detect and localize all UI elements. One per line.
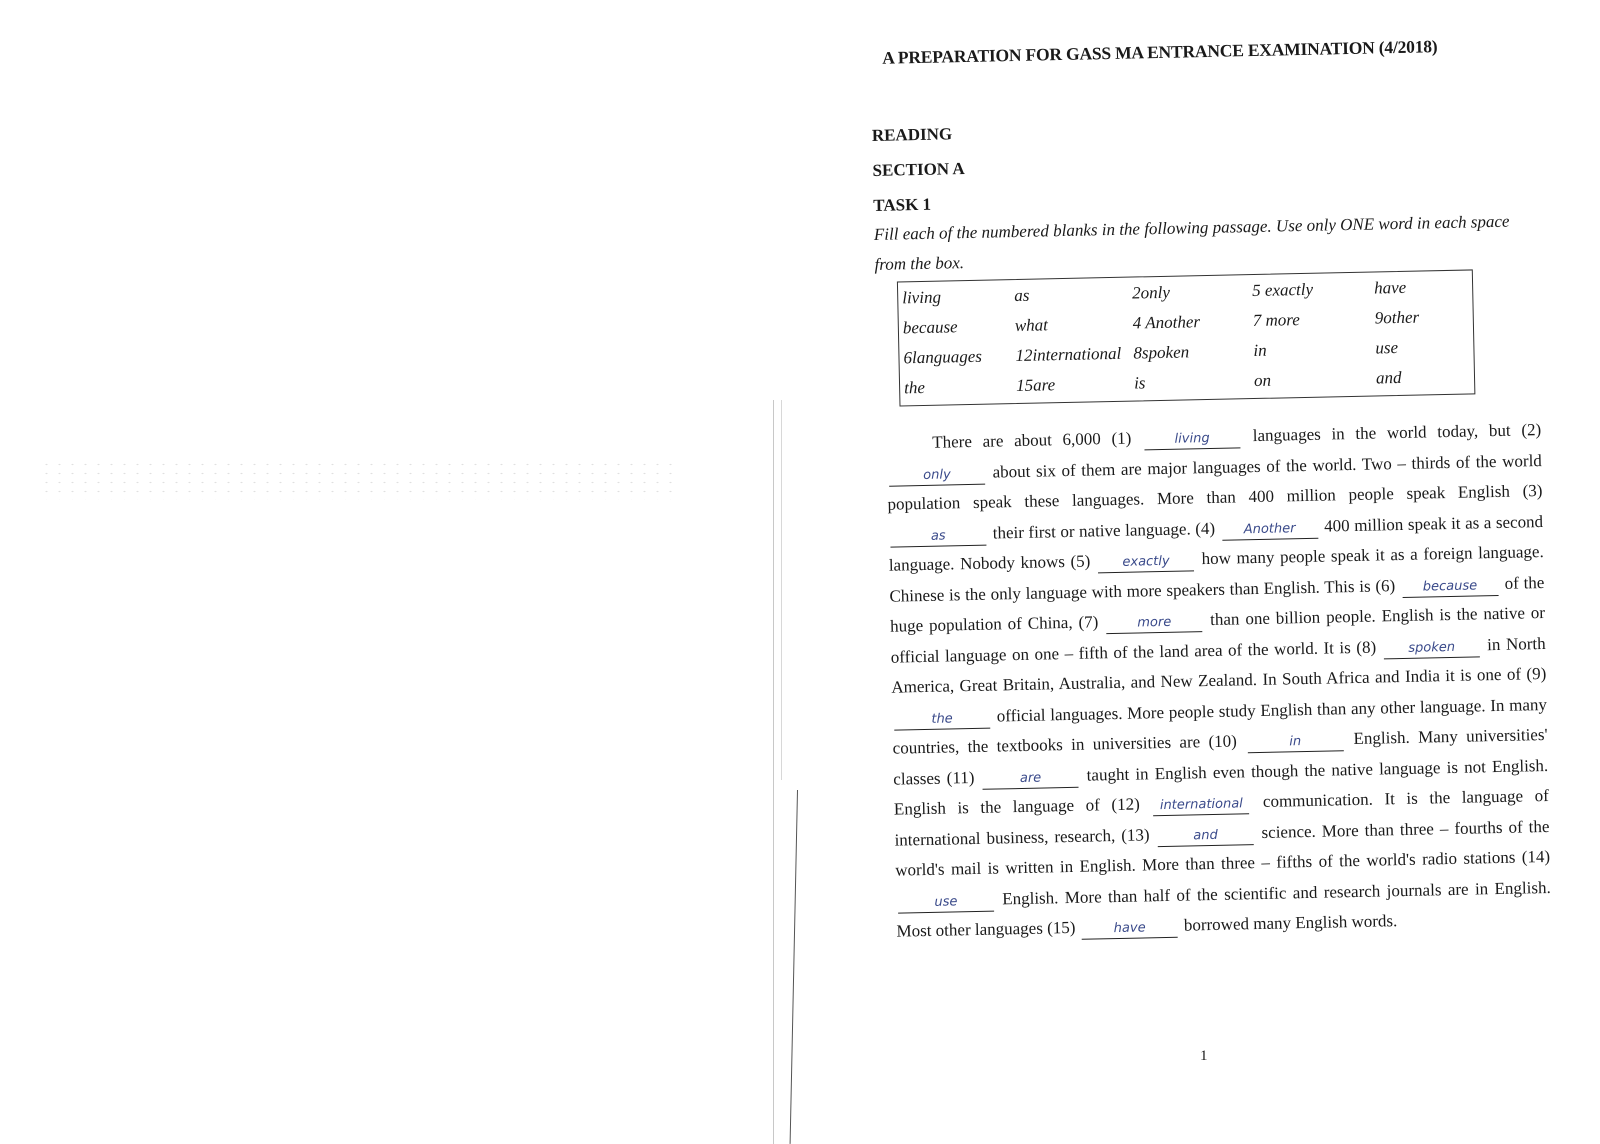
page-number: 1 <box>1200 1048 1208 1065</box>
answer-blank-11[interactable]: are <box>982 768 1078 789</box>
word-box-item: 9other <box>1375 303 1474 331</box>
book-spine-line <box>773 400 774 1144</box>
word-box-item: 8spoken <box>1133 338 1254 367</box>
word-box-item: is <box>1134 368 1255 397</box>
word-box-item: use <box>1375 333 1474 361</box>
answer-blank-1[interactable]: living <box>1144 429 1240 450</box>
word-box-item: 7 more <box>1253 305 1376 334</box>
left-blank-page <box>0 0 760 1144</box>
word-box-item: and <box>1376 363 1475 391</box>
word-box-item: in <box>1253 335 1376 364</box>
answer-blank-15[interactable]: have <box>1082 919 1178 940</box>
word-box-item: 12international <box>1015 341 1134 369</box>
passage-text: their first or native language. (4) <box>993 518 1216 542</box>
word-box-item: as <box>1014 281 1133 309</box>
book-spine-line <box>781 400 782 780</box>
task-instruction: Fill each of the numbered blanks in the … <box>874 206 1535 280</box>
word-box-item: what <box>1015 311 1134 339</box>
word-box-item: the <box>904 373 1017 401</box>
word-box-item: 2only <box>1132 278 1253 307</box>
word-box-item: 4 Another <box>1133 308 1254 337</box>
answer-blank-12[interactable]: international <box>1153 795 1249 816</box>
page-title: A PREPARATION FOR GASS MA ENTRANCE EXAMI… <box>882 34 1530 69</box>
passage: There are about 6,000 (1) living languag… <box>886 415 1552 947</box>
scan-noise <box>40 460 680 500</box>
passage-text: about six of them are major languages of… <box>887 451 1542 514</box>
word-box-item: 5 exactly <box>1252 275 1375 304</box>
answer-blank-13[interactable]: and <box>1157 826 1253 847</box>
answer-blank-6[interactable]: because <box>1402 576 1498 597</box>
word-box-item: 15are <box>1016 371 1135 399</box>
passage-text: There are about 6,000 (1) <box>932 429 1131 452</box>
word-box-item: living <box>902 283 1015 311</box>
page-edge-line <box>790 790 798 1144</box>
passage-text: borrowed many English words. <box>1184 911 1398 934</box>
answer-blank-3[interactable]: as <box>890 526 986 547</box>
answer-blank-8[interactable]: spoken <box>1384 638 1480 659</box>
answer-blank-7[interactable]: more <box>1106 613 1202 634</box>
answer-blank-2[interactable]: only <box>889 465 985 486</box>
word-box-item: because <box>903 313 1016 341</box>
word-box: living as 2only 5 exactly have because w… <box>897 269 1475 406</box>
passage-text: languages in the world today, but (2) <box>1253 420 1542 445</box>
answer-blank-14[interactable]: use <box>898 892 994 913</box>
word-box-item: have <box>1374 273 1473 301</box>
answer-blank-4[interactable]: Another <box>1221 519 1317 540</box>
word-box-item: on <box>1254 365 1377 394</box>
answer-blank-10[interactable]: in <box>1247 732 1343 753</box>
answer-blank-9[interactable]: the <box>894 709 990 730</box>
exam-page: A PREPARATION FOR GASS MA ENTRANCE EXAMI… <box>870 34 1549 947</box>
answer-blank-5[interactable]: exactly <box>1098 552 1194 573</box>
word-box-item: 6languages <box>903 343 1016 371</box>
